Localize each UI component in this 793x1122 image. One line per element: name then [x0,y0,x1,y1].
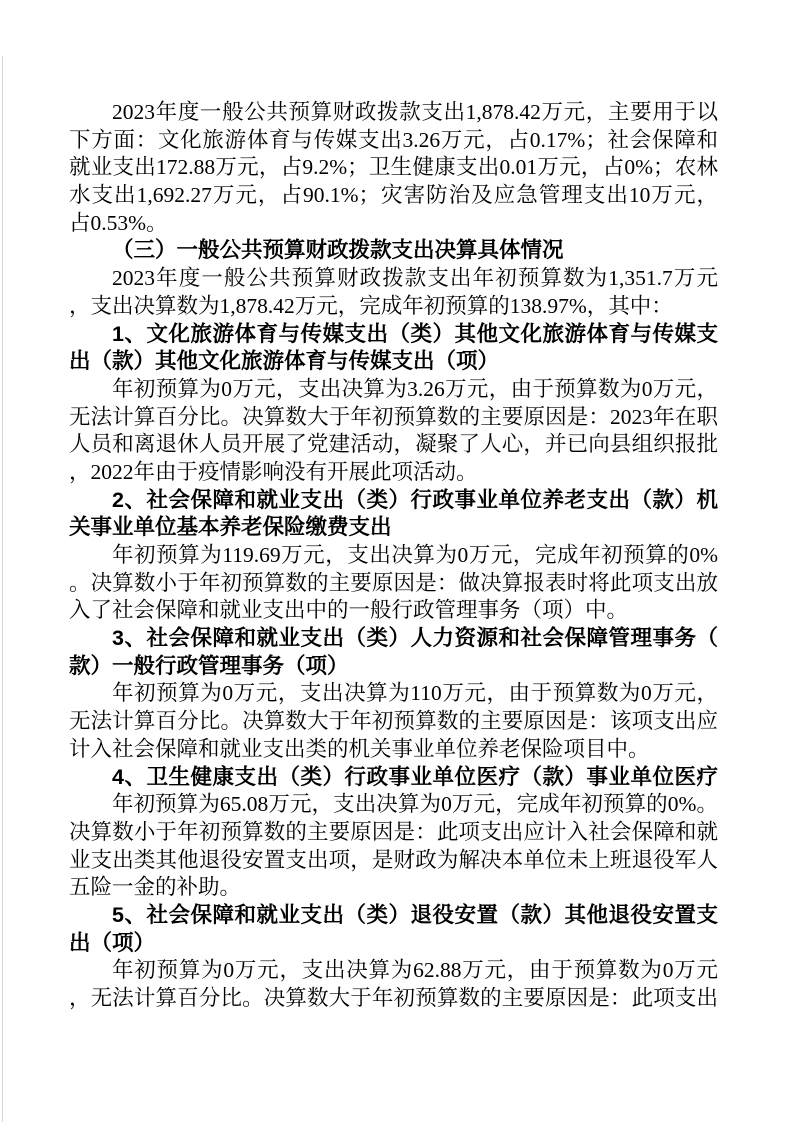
text-line: 4、卫生健康支出（类）行政事业单位医疗（款）事业单位医疗 [69,764,718,792]
text-line: 。决算数小于年初预算数的主要原因是：做决算报表时将此项支出放 [69,570,718,598]
text-line: 人员和离退休人员开展了党建活动，凝聚了人心，并已向县组织报批 [69,431,718,459]
text-line: ，支出决算数为1,878.42万元，完成年初预算的138.97%，其中： [69,293,718,321]
para-item-5: 年初预算为0万元，支出决算为62.88万元，由于预算数为0万元，无法计算百分比。… [69,957,718,1012]
text-line: 出（款）其他文化旅游体育与传媒支出（项） [69,348,718,376]
page-edge-line [2,56,3,1122]
text-line: 计入社会保障和就业支出类的机关事业单位养老保险项目中。 [69,736,718,764]
text-line: 年初预算为0万元，支出决算为62.88万元，由于预算数为0万元 [69,957,718,985]
heading-section-three: （三）一般公共预算财政拨款支出决算具体情况 [69,237,718,265]
heading-item-5: 5、社会保障和就业支出（类）退役安置（款）其他退役安置支出（项） [69,902,718,957]
text-line: 2、社会保障和就业支出（类）行政事业单位养老支出（款）机 [69,487,718,515]
para-expenditure-overview: 2023年度一般公共预算财政拨款支出1,878.42万元，主要用于以下方面：文化… [69,99,718,237]
text-line: 无法计算百分比。决算数大于年初预算数的主要原因是：该项支出应 [69,708,718,736]
para-item-4: 年初预算为65.08万元，支出决算为0万元，完成年初预算的0%。决算数小于年初预… [69,791,718,902]
text-line: 占0.53%。 [69,210,718,238]
para-item-2: 年初预算为119.69万元，支出决算为0万元，完成年初预算的0%。决算数小于年初… [69,542,718,625]
text-line: 五险一金的补助。 [69,874,718,902]
heading-item-2: 2、社会保障和就业支出（类）行政事业单位养老支出（款）机关事业单位基本养老保险缴… [69,487,718,542]
text-line: 决算数小于年初预算数的主要原因是：此项支出应计入社会保障和就 [69,819,718,847]
text-line: 入了社会保障和就业支出中的一般行政管理事务（项）中。 [69,597,718,625]
text-line: 下方面：文化旅游体育与传媒支出3.26万元，占0.17%；社会保障和 [69,127,718,155]
text-line: ，无法计算百分比。决算数大于年初预算数的主要原因是：此项支出 [69,985,718,1013]
text-line: 水支出1,692.27万元，占90.1%；灾害防治及应急管理支出10万元， [69,182,718,210]
para-item-1: 年初预算为0万元，支出决算为3.26万元，由于预算数为0万元，无法计算百分比。决… [69,376,718,487]
text-line: ，2022年由于疫情影响没有开展此项活动。 [69,459,718,487]
text-line: 2023年度一般公共预算财政拨款支出1,878.42万元，主要用于以 [69,99,718,127]
text-line: 年初预算为0万元，支出决算为110万元，由于预算数为0万元， [69,680,718,708]
para-item-3: 年初预算为0万元，支出决算为110万元，由于预算数为0万元，无法计算百分比。决算… [69,680,718,763]
document-page: 2023年度一般公共预算财政拨款支出1,878.42万元，主要用于以下方面：文化… [0,0,793,1122]
text-line: 业支出类其他退役安置支出项，是财政为解决本单位未上班退役军人 [69,847,718,875]
heading-item-3: 3、社会保障和就业支出（类）人力资源和社会保障管理事务（款）一般行政管理事务（项… [69,625,718,680]
text-line: 年初预算为65.08万元，支出决算为0万元，完成年初预算的0%。 [69,791,718,819]
document-body: 2023年度一般公共预算财政拨款支出1,878.42万元，主要用于以下方面：文化… [69,99,718,1013]
text-line: 3、社会保障和就业支出（类）人力资源和社会保障管理事务（ [69,625,718,653]
text-line: 5、社会保障和就业支出（类）退役安置（款）其他退役安置支 [69,902,718,930]
heading-item-1: 1、文化旅游体育与传媒支出（类）其他文化旅游体育与传媒支出（款）其他文化旅游体育… [69,321,718,376]
text-line: 无法计算百分比。决算数大于年初预算数的主要原因是：2023年在职 [69,404,718,432]
text-line: （三）一般公共预算财政拨款支出决算具体情况 [69,237,718,265]
heading-item-4: 4、卫生健康支出（类）行政事业单位医疗（款）事业单位医疗 [69,764,718,792]
text-line: 就业支出172.88万元，占9.2%；卫生健康支出0.01万元，占0%；农林 [69,154,718,182]
text-line: 款）一般行政管理事务（项） [69,653,718,681]
para-budget-vs-final: 2023年度一般公共预算财政拨款支出年初预算数为1,351.7万元，支出决算数为… [69,265,718,320]
text-line: 出（项） [69,930,718,958]
text-line: 年初预算为119.69万元，支出决算为0万元，完成年初预算的0% [69,542,718,570]
text-line: 年初预算为0万元，支出决算为3.26万元，由于预算数为0万元， [69,376,718,404]
text-line: 关事业单位基本养老保险缴费支出 [69,514,718,542]
text-line: 2023年度一般公共预算财政拨款支出年初预算数为1,351.7万元 [69,265,718,293]
text-line: 1、文化旅游体育与传媒支出（类）其他文化旅游体育与传媒支 [69,321,718,349]
